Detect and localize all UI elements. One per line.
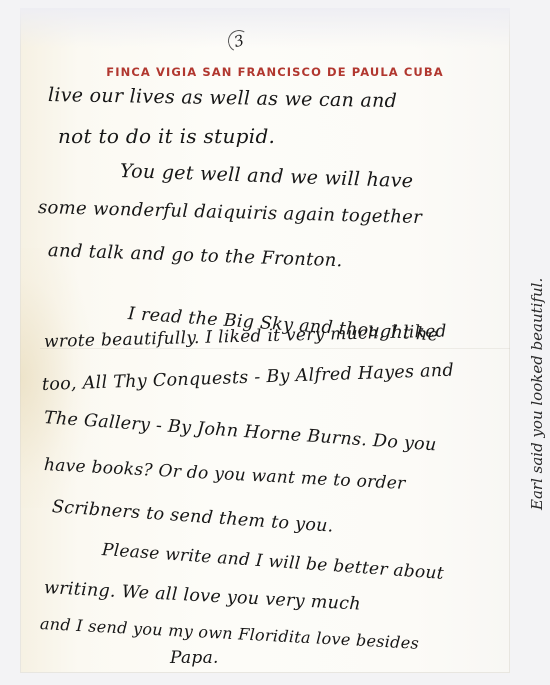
- letter-signature: Papa.: [170, 648, 219, 668]
- document-viewer: 3 FINCA VIGIA SAN FRANCISCO DE PAULA CUB…: [0, 0, 550, 685]
- letter-line: not to do it is stupid.: [58, 124, 275, 148]
- letterhead: FINCA VIGIA SAN FRANCISCO DE PAULA CUBA: [0, 65, 550, 79]
- margin-note: Earl said you looked beautiful.: [528, 278, 546, 510]
